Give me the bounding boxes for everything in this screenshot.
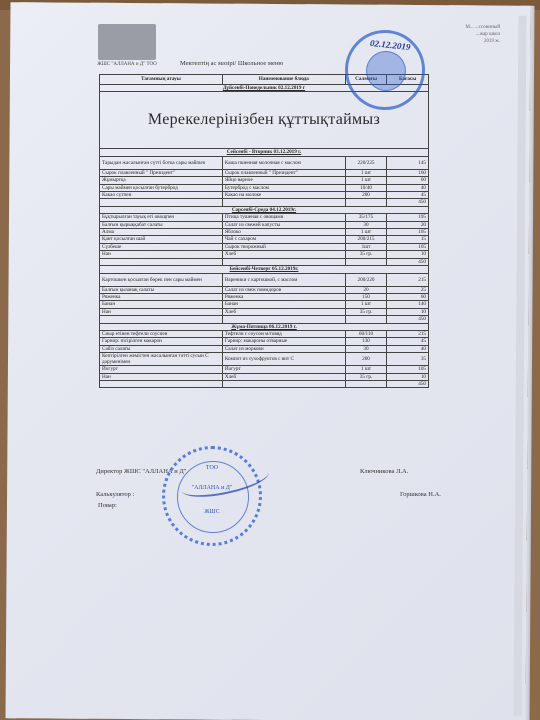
total-row: 450 <box>100 258 429 265</box>
calculator-label: Калькулятор : <box>96 491 134 498</box>
dish-price: 35 <box>387 353 429 366</box>
approval-line: М... ...ссоюзный <box>350 24 500 31</box>
table-row: Балғын қырыққабат салатыСалат из свежей … <box>100 221 429 228</box>
dish-price: 105 <box>387 366 429 373</box>
dish-name-kz: Нан <box>100 251 223 258</box>
dish-weight: 60/110 <box>345 330 387 337</box>
dish-weight: 35 гр. <box>345 308 387 315</box>
dish-name-ru: Компот из сухофруктов с вит С <box>222 353 345 366</box>
table-row: Сиыр етінен тефтели соуспенТефтели с соу… <box>100 330 429 337</box>
dish-name-kz: Бұқтырылған тауық еті овощпен <box>100 214 223 221</box>
day-row: Сейсенбі - Вторник 03.12.2019 г. <box>100 149 429 156</box>
menu-title: Мектептің ас мәзірі/ Школьное меню <box>180 60 283 67</box>
dish-price: 10 <box>387 308 429 315</box>
dish-price: 215 <box>387 330 429 337</box>
dish-name-ru: Банан <box>222 301 345 308</box>
total-row: 450 <box>100 316 429 323</box>
total-row: 450 <box>100 199 429 206</box>
cook-label: Повар: <box>98 502 117 509</box>
dish-name-kz: Сүзбеше <box>100 243 223 250</box>
dish-name-ru: Каша пшенная молочная с маслом <box>222 156 345 169</box>
dish-weight: 1 шт <box>345 169 387 176</box>
dish-weight: 200/215 <box>345 236 387 243</box>
dish-weight: 30 <box>345 345 387 352</box>
dish-name-ru: Тефтели с соусом м/говяд <box>222 330 345 337</box>
day-total: 450 <box>387 380 429 387</box>
day-row: Сәрсенбі-Среда 04.12.2019г. <box>100 206 429 213</box>
dish-name-ru: Какао на молоке <box>222 192 345 199</box>
dish-price: 60 <box>387 293 429 300</box>
dish-weight: 1 шт <box>345 229 387 236</box>
dish-weight: 1шт <box>345 243 387 250</box>
table-row: НанХлеб35 гр.10 <box>100 251 429 258</box>
dish-name-ru: Хлеб <box>222 308 345 315</box>
dish-price: 25 <box>387 286 429 293</box>
paper-edge <box>514 16 527 716</box>
dish-weight: 150 <box>345 293 387 300</box>
dish-weight: 1 шт <box>345 366 387 373</box>
day-total: 450 <box>387 316 429 323</box>
day-total: 450 <box>387 199 429 206</box>
dish-name-ru: Чай с сахаром <box>222 236 345 243</box>
dish-price: 45 <box>387 338 429 345</box>
dish-name-kz: Сырок плавленный " Президент" <box>100 169 223 176</box>
dish-price: 40 <box>387 184 429 191</box>
dish-price: 215 <box>387 273 429 286</box>
dish-name-ru: Салат из свеж помидоров <box>222 286 345 293</box>
company-logo-icon <box>98 24 156 60</box>
day-row: Бейсенбі-Четверг 05.12.2019г. <box>100 266 429 273</box>
dish-price: 60 <box>387 177 429 184</box>
table-row: ЙогуртЙогурт1 шт105 <box>100 366 429 373</box>
table-row: СүзбешеСырок творожный1шт105 <box>100 243 429 250</box>
dish-name-kz: Какао сүтпен <box>100 192 223 199</box>
dish-price: 195 <box>387 214 429 221</box>
total-row: 450 <box>100 380 429 387</box>
dish-weight: 1 шт <box>345 177 387 184</box>
table-row: Какао сүтпенКакао на молоке20045 <box>100 192 429 199</box>
dish-price: 15 <box>387 236 429 243</box>
dish-weight: 1 шт <box>345 301 387 308</box>
dish-name-ru: Сырок плавленный " Президент" <box>222 169 345 176</box>
table-row: РяженкаРяженка15060 <box>100 293 429 300</box>
day-row: Жұма-Пятница 06.12.2019 г. <box>100 323 429 330</box>
dish-name-ru: Салат из свежей капусты <box>222 221 345 228</box>
table-row: БананБанан1 шт140 <box>100 301 429 308</box>
dish-name-kz: Балғын қырыққабат салаты <box>100 221 223 228</box>
dish-name-kz: Кептірілген жемістен жасалынған тәтті су… <box>100 353 223 366</box>
director-name: Ключникова Л.А. <box>360 468 408 475</box>
dish-weight: 200 <box>345 353 387 366</box>
dish-weight: 20 <box>345 286 387 293</box>
dish-price: 40 <box>387 345 429 352</box>
dish-name-kz: Тарыдан жасалынған сүтті ботка сары майm… <box>100 156 223 169</box>
day-title: Жұма-Пятница 06.12.2019 г. <box>100 323 429 330</box>
dish-name-ru: Сырок творожный <box>222 243 345 250</box>
table-row: Тарыдан жасалынған сүтті ботка сары майm… <box>100 156 429 169</box>
dish-name-kz: Жұмыртқа <box>100 177 223 184</box>
dish-name-kz: Гарнир: пісірілген макарон <box>100 338 223 345</box>
table-row: НанХлеб35 гр.10 <box>100 308 429 315</box>
dish-name-kz: Банан <box>100 301 223 308</box>
dish-name-ru: Яблоко <box>222 229 345 236</box>
stamp-text: ЖШС <box>165 509 259 515</box>
table-row: НанХлеб35 гр.10 <box>100 373 429 380</box>
column-header: Тағамның атауы <box>100 75 223 85</box>
dish-name-ru: Птица тушеная с овощами <box>222 214 345 221</box>
dish-name-kz: Алма <box>100 229 223 236</box>
dish-weight: 35 гр. <box>345 373 387 380</box>
day-title: Сәрсенбі-Среда 04.12.2019г. <box>100 206 429 213</box>
dish-name-ru: Йогурт <box>222 366 345 373</box>
day-title: Сейсенбі - Вторник 03.12.2019 г. <box>100 149 429 156</box>
dish-price: 10 <box>387 251 429 258</box>
calculator-name: Горшкова Н.А. <box>400 491 441 498</box>
dish-name-kz: Қант қосылған шай <box>100 236 223 243</box>
table-row: Балғын қызанақ салатыСалат из свеж помид… <box>100 286 429 293</box>
table-row: Сырок плавленный " Президент"Сырок плавл… <box>100 169 429 176</box>
table-row: Қант қосылған шайЧай с сахаром200/21515 <box>100 236 429 243</box>
dish-name-kz: Балғын қызанақ салаты <box>100 286 223 293</box>
dish-name-kz: Ряженка <box>100 293 223 300</box>
dish-name-ru: Салат из моркови <box>222 345 345 352</box>
dish-name-kz: Нан <box>100 308 223 315</box>
dish-price: 145 <box>387 156 429 169</box>
dish-name-ru: Бутерброд с маслом <box>222 184 345 191</box>
dish-name-kz: Йогурт <box>100 366 223 373</box>
dish-weight: 10/40 <box>345 184 387 191</box>
dish-name-kz: Нан <box>100 373 223 380</box>
dish-price: 45 <box>387 192 429 199</box>
dish-price: 105 <box>387 243 429 250</box>
dish-weight: 30 <box>345 221 387 228</box>
dish-name-ru: Вареники с картошкой, с маслом <box>222 273 345 286</box>
dish-name-kz: Сиыр етінен тефтели соуспен <box>100 330 223 337</box>
dish-price: 10 <box>387 373 429 380</box>
table-row: Сәбіз салатыСалат из моркови3040 <box>100 345 429 352</box>
table-row: АлмаЯблоко1 шт105 <box>100 229 429 236</box>
table-row: Картошкен қосылған бөрек пен сары маймен… <box>100 273 429 286</box>
dish-price: 20 <box>387 221 429 228</box>
dish-price: 160 <box>387 169 429 176</box>
dish-name-kz: Сары маймен қосылған бутерброд <box>100 184 223 191</box>
table-row: Бұқтырылған тауық еті овощпенПтица тушен… <box>100 214 429 221</box>
menu-table: Тағамның атауы Наименование блюда Салмағ… <box>99 74 429 388</box>
dish-name-kz: Сәбіз салаты <box>100 345 223 352</box>
dish-weight: 200/220 <box>345 273 387 286</box>
dish-weight: 220/225 <box>345 156 387 169</box>
dish-name-ru: Гарнир: макароны отварные <box>222 338 345 345</box>
day-total: 450 <box>387 258 429 265</box>
table-row: Сары маймен қосылған бутербродБутерброд … <box>100 184 429 191</box>
dish-name-ru: Хлеб <box>222 251 345 258</box>
dish-weight: 200 <box>345 192 387 199</box>
column-header: Наименование блюда <box>222 75 345 85</box>
dish-price: 140 <box>387 301 429 308</box>
dish-weight: 130 <box>345 338 387 345</box>
table-row: Гарнир: пісірілген макаронГарнир: макаро… <box>100 338 429 345</box>
dish-weight: 35/175 <box>345 214 387 221</box>
dish-name-ru: Ряженка <box>222 293 345 300</box>
dish-price: 105 <box>387 229 429 236</box>
dish-name-kz: Картошкен қосылған бөрек пен сары маймен <box>100 273 223 286</box>
day-title: Бейсенбі-Четверг 05.12.2019г. <box>100 266 429 273</box>
dish-weight: 35 гр. <box>345 251 387 258</box>
dish-name-ru: Яйцо варное <box>222 177 345 184</box>
logo-caption: ЖШС "АЛЛАНА и Д" ТОО <box>90 62 164 68</box>
table-row: Кептірілген жемістен жасалынған тәтті су… <box>100 353 429 366</box>
table-row: ЖұмыртқаЯйцо варное1 шт60 <box>100 177 429 184</box>
dish-name-ru: Хлеб <box>222 373 345 380</box>
